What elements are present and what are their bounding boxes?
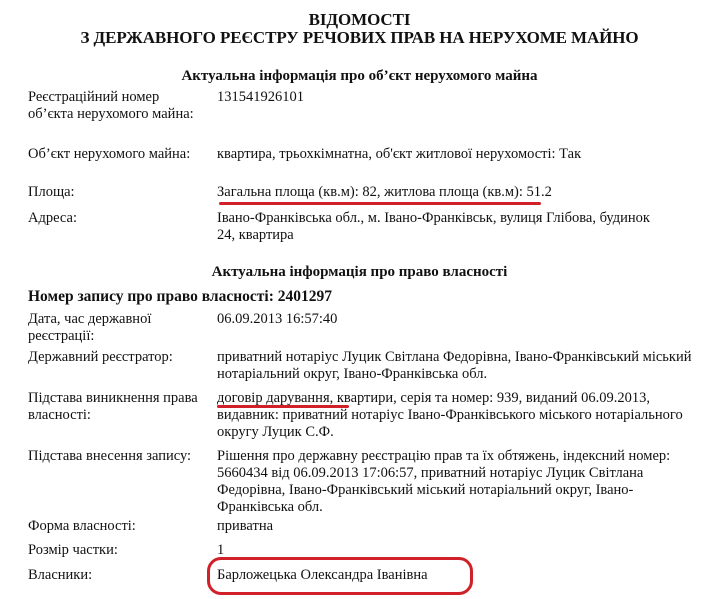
row-value: Рішення про державну реєстрацію прав та … bbox=[217, 448, 697, 516]
row-label: Підстава виникнення права власності: bbox=[28, 390, 198, 424]
document-title-line-2: З ДЕРЖАВНОГО РЕЄСТРУ РЕЧОВИХ ПРАВ НА НЕР… bbox=[0, 28, 719, 47]
row-value: Івано-Франківська обл., м. Івано-Франків… bbox=[217, 210, 657, 244]
row-value: договір дарування, квартири, серія та но… bbox=[217, 390, 697, 441]
row-label: Площа: bbox=[28, 184, 198, 201]
ownership-section-heading: Актуальна інформація про право власності bbox=[0, 263, 719, 281]
row-label: Адреса: bbox=[28, 210, 198, 227]
row-value: 131541926101 bbox=[217, 89, 697, 106]
row-value: Загальна площа (кв.м): 82, житлова площа… bbox=[217, 184, 697, 201]
row-label: Дата, час державної реєстрації: bbox=[28, 311, 198, 345]
row-value: квартира, трьохкімнатна, об'єкт житлової… bbox=[217, 146, 697, 163]
row-label: Об’єкт нерухомого майна: bbox=[28, 146, 198, 163]
ownership-record-number: Номер запису про право власності: 240129… bbox=[28, 288, 332, 306]
row-label: Власники: bbox=[28, 567, 198, 584]
object-section-heading: Актуальна інформація про об’єкт нерухомо… bbox=[0, 67, 719, 85]
area-highlight-underline bbox=[219, 202, 541, 205]
row-value: 06.09.2013 16:57:40 bbox=[217, 311, 697, 328]
row-label: Розмір частки: bbox=[28, 542, 198, 559]
document-title-line-1: ВІДОМОСТІ bbox=[0, 10, 719, 29]
row-label: Державний реєстратор: bbox=[28, 349, 198, 366]
row-label: Форма власності: bbox=[28, 518, 198, 535]
row-label: Підстава внесення запису: bbox=[28, 448, 198, 465]
row-value: приватна bbox=[217, 518, 697, 535]
owner-highlight-oval bbox=[207, 557, 473, 595]
row-label: Реєстраційний номер об’єкта нерухомого м… bbox=[28, 89, 198, 123]
gift-deed-highlight-underline bbox=[217, 405, 349, 408]
row-value: приватний нотаріус Луцик Світлана Федорі… bbox=[217, 349, 697, 383]
